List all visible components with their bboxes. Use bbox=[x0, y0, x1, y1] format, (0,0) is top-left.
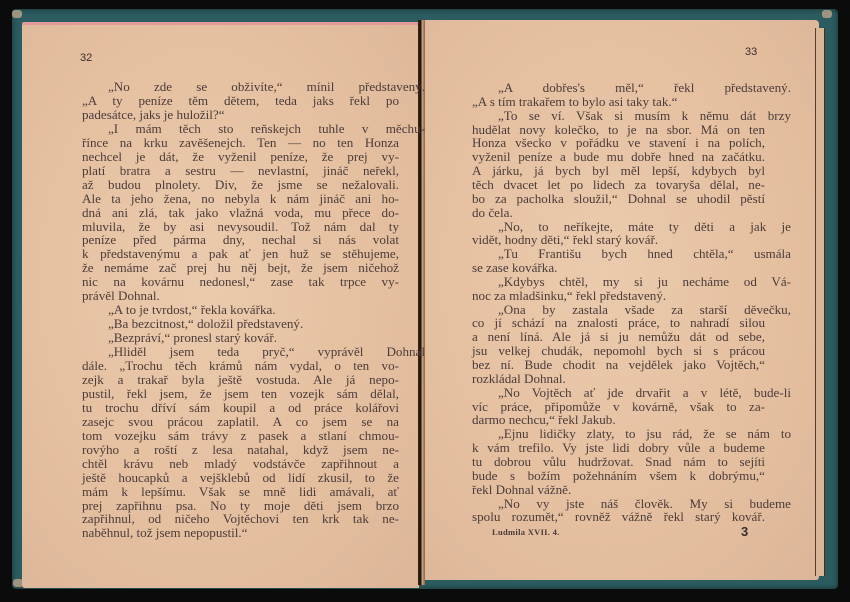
text-line: nic na kovárnu nedonesl,“ zase tak trpce… bbox=[82, 275, 399, 289]
text-line: řínce na krku zavěšenejch. Ten — no ten … bbox=[82, 136, 399, 150]
text-line: rovýho a roští z lesa natahal, když jsem… bbox=[82, 443, 399, 457]
text-line: že nemáme zač prej hu něj bejt, že jsem … bbox=[82, 261, 399, 275]
text-line: Ale ta jeho žena, no nebyla k nám jináč … bbox=[82, 192, 399, 206]
text-line: k představenýmu a pak ať jen huž se stěh… bbox=[82, 247, 399, 261]
text-line: rozkládal Dohnal. bbox=[472, 372, 765, 386]
text-line: tu trochu dříví sám koupil a od práce ko… bbox=[82, 401, 399, 415]
text-line: zapřihnul, od ničeho Vojtěchovi ten krk … bbox=[82, 512, 399, 526]
text-line: chtěl krávu neb mladý vodstávče zapřihno… bbox=[82, 457, 399, 471]
text-line: mám k lepšímu. Však se mně lidi amávali,… bbox=[82, 485, 399, 499]
text-line: platí bratra a sestru — nevlastní, jináč… bbox=[82, 164, 399, 178]
text-line: „A dobřes's měl,“ řekl představený. bbox=[472, 81, 791, 95]
cover-corner-wear bbox=[822, 10, 832, 18]
text-line: se zase kovářka. bbox=[472, 261, 765, 275]
text-line: „A s tím trakařem to bylo asi taky tak.“ bbox=[472, 95, 765, 109]
text-line: prej zapřihnu psa. No ty moje děti jsem … bbox=[82, 499, 399, 513]
text-line: „I mám těch sto reňskejch tuhle v měchu- bbox=[82, 122, 425, 136]
text-line: „A to je tvrdost,“ řekla kovářka. bbox=[82, 303, 425, 317]
text-line: naběhnul, tož jsem nepopustil.“ bbox=[82, 526, 399, 540]
text-line: k vám trefilo. Vy jste lidi dobry vůle a… bbox=[472, 441, 765, 455]
text-line: peníze před pármа dny, nechal si nás vol… bbox=[82, 233, 399, 247]
page-block-edge bbox=[815, 28, 825, 576]
signature-mark: 3 bbox=[741, 524, 748, 539]
text-line: řekl Dohnal vážně. bbox=[472, 483, 765, 497]
text-line: zejk a trakař byla ještě vostuda. Ale já… bbox=[82, 373, 399, 387]
text-line: „Hliděl jsem teda pryč,“ vyprávěl Dohnal bbox=[82, 345, 425, 359]
text-line: noc za mladšinku,“ řekl představený. bbox=[472, 289, 765, 303]
text-line: „No Vojtěch ať jde drvařit a v létě, bud… bbox=[472, 386, 791, 400]
text-line: „Ba bezcitnost,“ doložil představený. bbox=[82, 317, 425, 331]
text-line: padesátce, jaks je huložil?“ bbox=[82, 108, 399, 122]
text-line: tom vozejku sám trávy z pasek a stlaní c… bbox=[82, 429, 399, 443]
text-line: „A ty peníze těm dětem, teda jaks řekl p… bbox=[82, 94, 399, 108]
text-line: dná ani zlá, tak jako vlažná voda, mu př… bbox=[82, 206, 399, 220]
text-line: bude s božím požehnáním všem k dobrýmu,“ bbox=[472, 469, 765, 483]
text-line: bo za pacholka sloužil,“ Dohnal se uhodi… bbox=[472, 192, 765, 206]
text-line: ještě houcapků a vejšklebů od lidí zkusi… bbox=[82, 471, 399, 485]
text-line: dále. „Trochu těch krámů nám vydal, o te… bbox=[82, 359, 399, 373]
text-line: „No zde se obživíte,“ mínil představený. bbox=[82, 80, 425, 94]
text-line: až budou plnolety. Div, že jsme se nežal… bbox=[82, 178, 399, 192]
text-line: „Bezpráví,“ pronesl starý kovář. bbox=[82, 331, 425, 345]
text-line: mluvila, že by asi nevysoudil. Tož nám d… bbox=[82, 220, 399, 234]
cover-corner-wear bbox=[12, 10, 22, 18]
text-line: zasejc svou prácou zaplatil. A co jsem s… bbox=[82, 415, 399, 429]
text-line: pustil, řekl jsem, že jsem ten vozejk sá… bbox=[82, 387, 399, 401]
text-line: do čela. bbox=[472, 206, 765, 220]
text-line: A járku, já bych byl měl lepší, kdybych … bbox=[472, 164, 765, 178]
text-line: spolu rozumět,“ rovněž vážně řekl starý … bbox=[472, 510, 765, 524]
page-number-left: 32 bbox=[80, 52, 92, 64]
text-line: těch dvacet let po lidech za tovaryša dě… bbox=[472, 178, 765, 192]
text-line: nechcel je dát, že vyženil peníze, že pr… bbox=[82, 150, 399, 164]
text-line: tu dobrou vůlu hudržovat. Snad nám to se… bbox=[472, 455, 765, 469]
text-line: bez ní. Bude chodit na vejdělek jako Voj… bbox=[472, 358, 765, 372]
printer-signature: Ludmila XVII. 4. bbox=[492, 527, 560, 537]
page-number-right: 33 bbox=[745, 46, 757, 58]
text-line: „Kdybys chtěl, my si ju necháme od Vá- bbox=[472, 275, 791, 289]
text-line: právěl Dohnal. bbox=[82, 289, 399, 303]
text-line: „To se ví. Však si musím k němu dát brzy bbox=[472, 109, 791, 123]
